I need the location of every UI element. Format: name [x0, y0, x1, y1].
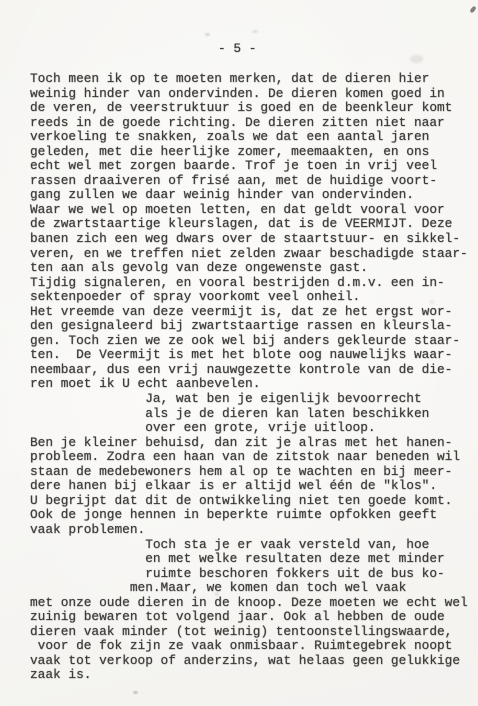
page-number: - 5 -: [218, 42, 256, 57]
paper-speck: [469, 6, 476, 14]
paper-speck: [252, 30, 258, 33]
paper-speck: [410, 55, 423, 63]
paper-speck: [205, 33, 210, 36]
typewritten-text-body: Toch meen ik op te moeten merken, dat de…: [30, 72, 468, 683]
scanned-document-page: - 5 - Toch meen ik op te moeten merken, …: [0, 0, 478, 706]
paper-speck: [133, 691, 138, 694]
